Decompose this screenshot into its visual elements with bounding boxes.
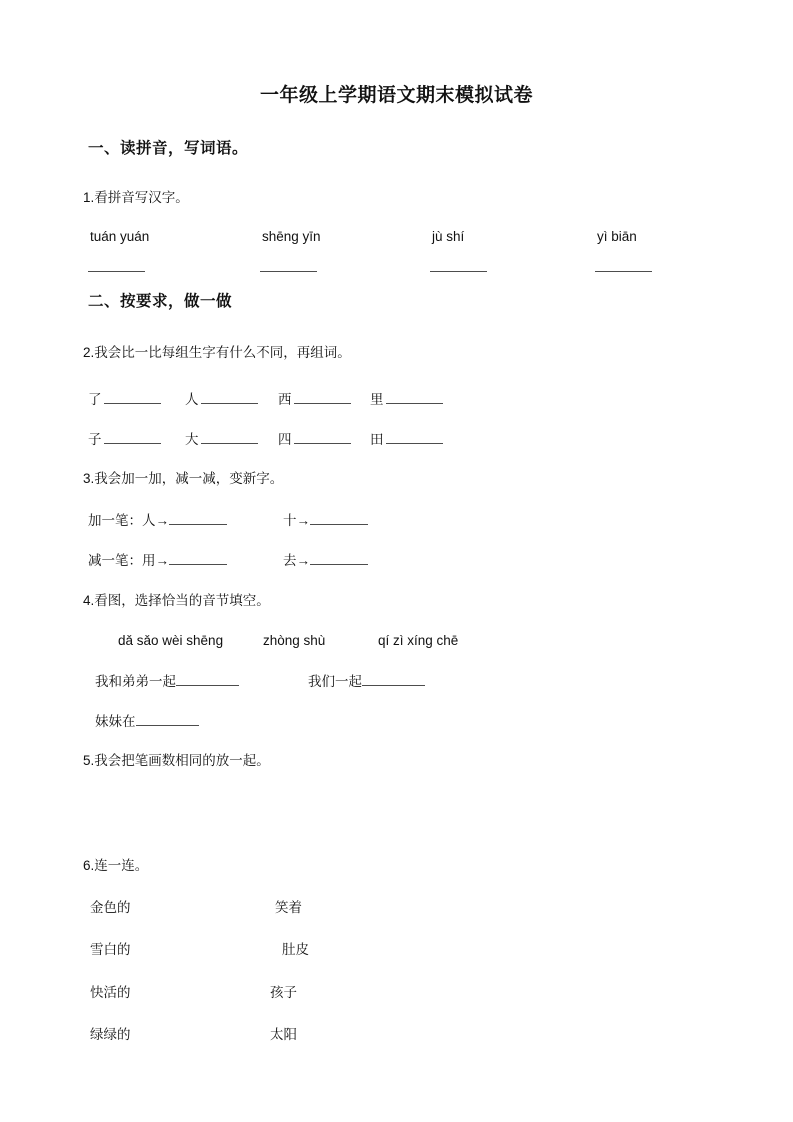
match-right-3: 孩子 xyxy=(270,985,297,1002)
question-4-label: 4.看图，选择恰当的音节填空。 xyxy=(83,593,270,610)
match-left-3: 快活的 xyxy=(90,985,131,1002)
question-3-label: 3.我会加一加，减一减，变新字。 xyxy=(83,471,283,488)
answer-blank xyxy=(294,390,351,404)
question-6-label: 6.连一连。 xyxy=(83,858,148,875)
match-left-2: 雪白的 xyxy=(90,942,131,959)
answer-blank xyxy=(176,672,239,686)
match-left-4: 绿绿的 xyxy=(90,1027,131,1044)
answer-blank xyxy=(386,430,443,444)
section-1-heading: 一、读拼音，写词语。 xyxy=(88,139,248,158)
q1-pinyin-2: shēng yīn xyxy=(262,229,321,246)
answer-blank xyxy=(386,390,443,404)
q3-sub-prefix: 减一笔：用→ xyxy=(88,553,169,568)
q2-char: 子 xyxy=(88,432,102,447)
q3-add-second: 十→ xyxy=(283,513,310,528)
exam-paper-page: 一年级上学期语文期末模拟试卷 一、读拼音，写词语。 1.看拼音写汉字。 tuán… xyxy=(0,0,793,1122)
q4-option-1: dǎ sǎo wèi shēng xyxy=(118,633,223,650)
q3-add-prefix: 加一笔：人→ xyxy=(88,513,169,528)
q3-sub-second: 去→ xyxy=(283,553,310,568)
q4-sentence-2: 我们一起 xyxy=(308,674,362,689)
answer-blank xyxy=(104,430,161,444)
q2-char: 四 xyxy=(278,432,292,447)
question-2-label: 2.我会比一比每组生字有什么不同，再组词。 xyxy=(83,345,351,362)
question-1-label: 1.看拼音写汉字。 xyxy=(83,190,189,207)
q1-pinyin-3: jù shí xyxy=(432,229,464,246)
match-right-4: 太阳 xyxy=(270,1027,297,1044)
answer-blank xyxy=(362,672,425,686)
answer-blank xyxy=(88,258,145,272)
match-right-2: 肚皮 xyxy=(282,942,309,959)
answer-blank xyxy=(104,390,161,404)
page-title: 一年级上学期语文期末模拟试卷 xyxy=(0,84,793,108)
match-right-1: 笑着 xyxy=(275,900,302,917)
q4-sentence-1: 我和弟弟一起 xyxy=(95,674,176,689)
match-left-1: 金色的 xyxy=(90,900,131,917)
q1-pinyin-1: tuán yuán xyxy=(90,229,149,246)
q2-char: 西 xyxy=(278,392,292,407)
question-5-label: 5.我会把笔画数相同的放一起。 xyxy=(83,753,270,770)
answer-blank xyxy=(260,258,317,272)
q4-option-3: qí zì xíng chē xyxy=(378,633,458,650)
answer-blank xyxy=(169,551,227,565)
answer-blank xyxy=(595,258,652,272)
answer-blank xyxy=(201,390,258,404)
answer-blank xyxy=(294,430,351,444)
q2-char: 大 xyxy=(185,432,199,447)
section-2-heading: 二、按要求，做一做 xyxy=(88,292,232,311)
q4-option-2: zhòng shù xyxy=(263,633,325,650)
q2-char: 人 xyxy=(185,392,199,407)
q2-char: 田 xyxy=(370,432,384,447)
answer-blank xyxy=(430,258,487,272)
q4-sentence-3: 妹妹在 xyxy=(95,714,136,729)
q2-char: 里 xyxy=(370,392,384,407)
answer-blank xyxy=(201,430,258,444)
answer-blank xyxy=(169,511,227,525)
q2-char: 了 xyxy=(88,392,102,407)
answer-blank xyxy=(310,551,368,565)
q1-pinyin-4: yì biān xyxy=(597,229,637,246)
answer-blank xyxy=(136,712,199,726)
answer-blank xyxy=(310,511,368,525)
